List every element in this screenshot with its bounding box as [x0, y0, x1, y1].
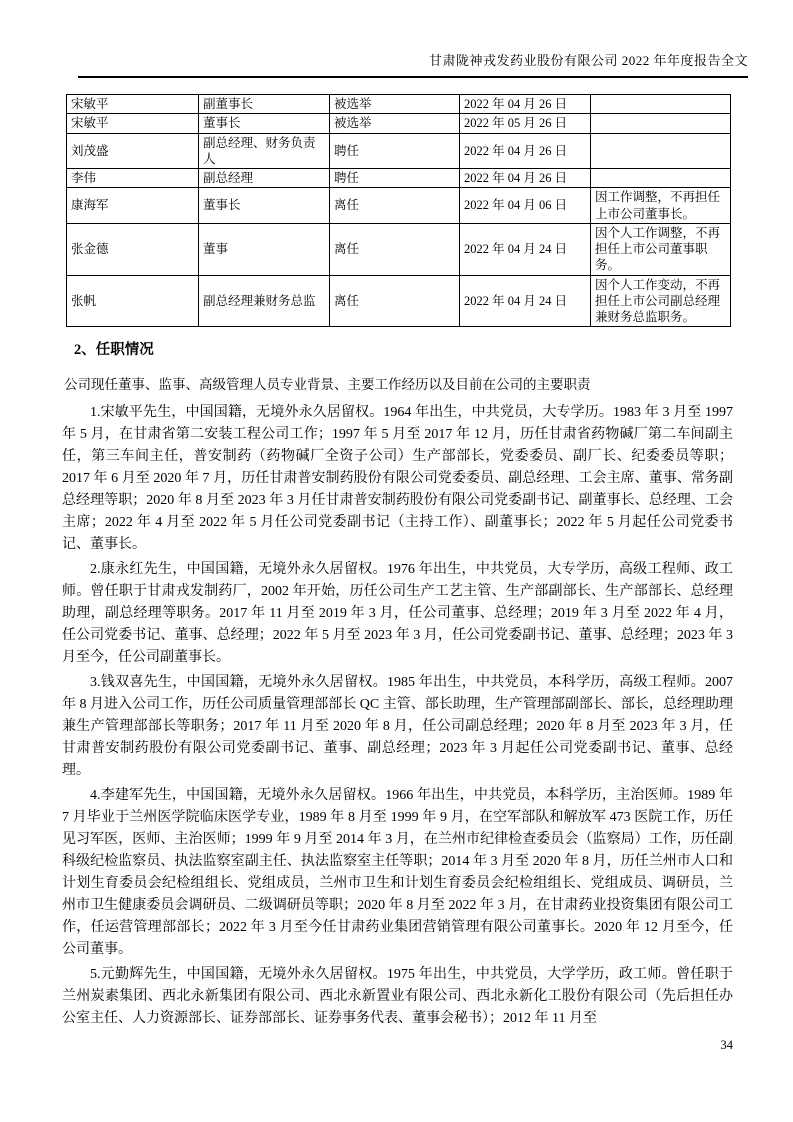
table-row: 李伟 副总经理 聘任 2022 年 04 月 26 日	[67, 169, 731, 188]
table-row: 宋敏平 副董事长 被选举 2022 年 04 月 26 日	[67, 95, 731, 114]
cell-change-type: 被选举	[330, 114, 460, 133]
section-heading: 2、任职情况	[74, 338, 733, 359]
cell-reason	[591, 133, 731, 169]
bio-paragraph-yuan-qinhui: 5.元勤辉先生，中国国籍，无境外永久居留权。1975 年出生，中共党员，大学学历…	[62, 964, 733, 1030]
cell-reason: 因个人工作变动，不再担任上市公司副总经理兼财务总监职务。	[591, 275, 731, 327]
cell-name: 康海军	[67, 188, 199, 224]
cell-change-type: 聘任	[330, 169, 460, 188]
cell-position: 副总经理、财务负责人	[199, 133, 330, 169]
report-header-title: 甘肃陇神戎发药业股份有限公司 2022 年年度报告全文	[78, 50, 748, 69]
cell-reason	[591, 95, 731, 114]
cell-name: 宋敏平	[67, 95, 199, 114]
cell-reason: 因工作调整，不再担任上市公司董事长。	[591, 188, 731, 224]
section-intro: 公司现任董事、监事、高级管理人员专业背景、主要工作经历以及目前在公司的主要职责	[64, 373, 733, 393]
cell-change-type: 离任	[330, 275, 460, 327]
cell-reason: 因个人工作调整，不再担任上市公司董事职务。	[591, 223, 731, 275]
table-row: 刘茂盛 副总经理、财务负责人 聘任 2022 年 04 月 26 日	[67, 133, 731, 169]
cell-name: 张金德	[67, 223, 199, 275]
header-rule	[78, 76, 748, 78]
cell-reason	[591, 114, 731, 133]
table-row: 宋敏平 董事长 被选举 2022 年 05 月 26 日	[67, 114, 731, 133]
cell-name: 刘茂盛	[67, 133, 199, 169]
cell-date: 2022 年 04 月 24 日	[460, 275, 591, 327]
bio-paragraph-kang-yonghong: 2.康永红先生，中国国籍，无境外永久居留权。1976 年出生，中共党员，大专学历…	[62, 559, 733, 669]
table-row: 张金德 董事 离任 2022 年 04 月 24 日 因个人工作调整，不再担任上…	[67, 223, 731, 275]
cell-change-type: 离任	[330, 223, 460, 275]
cell-date: 2022 年 05 月 26 日	[460, 114, 591, 133]
cell-position: 董事长	[199, 188, 330, 224]
cell-position: 董事长	[199, 114, 330, 133]
table-row: 张帆 副总经理兼财务总监 离任 2022 年 04 月 24 日 因个人工作变动…	[67, 275, 731, 327]
table-row: 康海军 董事长 离任 2022 年 04 月 06 日 因工作调整，不再担任上市…	[67, 188, 731, 224]
cell-date: 2022 年 04 月 26 日	[460, 169, 591, 188]
cell-date: 2022 年 04 月 26 日	[460, 133, 591, 169]
section-body: 2、任职情况 公司现任董事、监事、高级管理人员专业背景、主要工作经历以及目前在公…	[62, 338, 733, 1033]
personnel-change-table: 宋敏平 副董事长 被选举 2022 年 04 月 26 日 宋敏平 董事长 被选…	[66, 94, 731, 327]
cell-name: 宋敏平	[67, 114, 199, 133]
cell-reason	[591, 169, 731, 188]
cell-date: 2022 年 04 月 24 日	[460, 223, 591, 275]
cell-position: 董事	[199, 223, 330, 275]
cell-date: 2022 年 04 月 26 日	[460, 95, 591, 114]
bio-paragraph-li-jianjun: 4.李建军先生，中国国籍，无境外永久居留权。1966 年出生，中共党员，本科学历…	[62, 785, 733, 961]
cell-change-type: 聘任	[330, 133, 460, 169]
cell-name: 李伟	[67, 169, 199, 188]
page-number: 34	[62, 1038, 733, 1053]
cell-change-type: 被选举	[330, 95, 460, 114]
report-page: 甘肃陇神戎发药业股份有限公司 2022 年年度报告全文 宋敏平 副董事长 被选举…	[0, 0, 793, 1122]
cell-date: 2022 年 04 月 06 日	[460, 188, 591, 224]
bio-paragraph-song-minping: 1.宋敏平先生，中国国籍，无境外永久居留权。1964 年出生，中共党员，大专学历…	[62, 402, 733, 556]
bio-paragraph-qian-shuangxi: 3.钱双喜先生，中国国籍，无境外永久居留权。1985 年出生，中共党员，本科学历…	[62, 672, 733, 782]
cell-name: 张帆	[67, 275, 199, 327]
cell-position: 副总经理兼财务总监	[199, 275, 330, 327]
cell-position: 副总经理	[199, 169, 330, 188]
cell-change-type: 离任	[330, 188, 460, 224]
cell-position: 副董事长	[199, 95, 330, 114]
